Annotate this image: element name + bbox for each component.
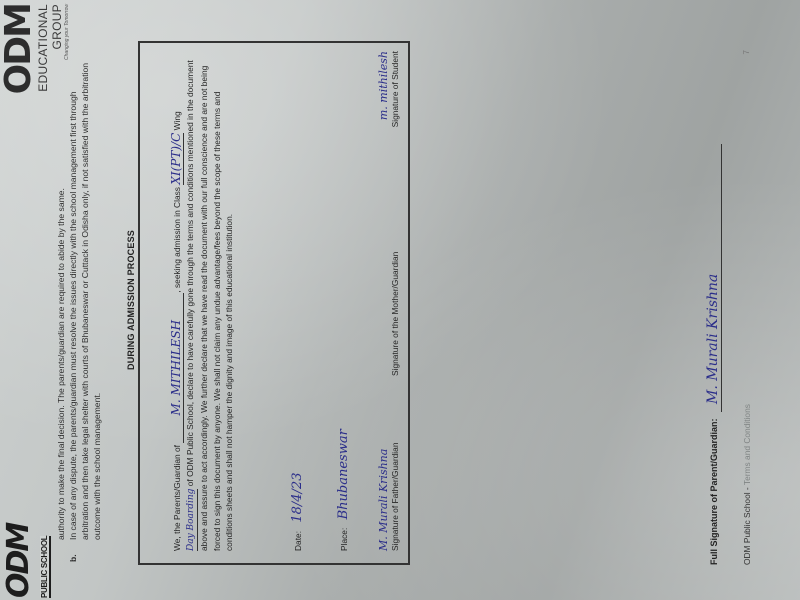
- declaration-part3: of ODM Public School, declare to have ca…: [185, 60, 235, 551]
- place-row: Place: Bhubaneswar: [336, 429, 351, 551]
- clause-continuation: authority to make the final decision. Th…: [55, 60, 67, 540]
- full-signature-field[interactable]: M. Murali Krishna: [705, 274, 721, 404]
- full-signature-label: Full Signature of Parent/Guardian:: [709, 418, 719, 565]
- clause-item-text: In case of any dispute, the parents/guar…: [67, 60, 103, 540]
- footer-school: ODM Public School -: [742, 487, 752, 565]
- date-field[interactable]: 18/4/23: [290, 473, 305, 523]
- class-field[interactable]: XI(PT)/C: [170, 133, 184, 185]
- document-page: ODM PUBLIC SCHOOL ODM EDUCATIONAL GROUP …: [0, 0, 800, 600]
- declaration-part2: , seeking admission in Class: [172, 187, 182, 293]
- odm-public-school-logo: ODM PUBLIC SCHOOL: [4, 508, 52, 598]
- terms-clause: authority to make the final decision. Th…: [55, 60, 103, 540]
- page-footer: ODM Public School - Terms and Conditions: [742, 404, 752, 565]
- section-heading: DURING ADMISSION PROCESS: [126, 0, 136, 600]
- student-signature: m. mithilesh Signature of Student: [377, 51, 400, 127]
- logo-sub: PUBLIC SCHOOL: [40, 536, 51, 598]
- father-signature-label: Signature of Father/Guardian: [390, 443, 400, 551]
- place-label: Place:: [339, 528, 349, 551]
- clause-item-label: b.: [67, 554, 79, 562]
- date-label: Date:: [293, 531, 303, 551]
- mother-signature-label: Signature of the Mother/Guardian: [390, 252, 400, 376]
- declaration-box: We, the Parents/Guardian of M. MITHILESH…: [138, 41, 410, 565]
- page-number: 7: [742, 50, 751, 54]
- signature-row: M. Murali Krishna Signature of Father/Gu…: [366, 51, 400, 551]
- mother-signature: Signature of the Mother/Guardian: [390, 252, 400, 376]
- place-field[interactable]: Bhubaneswar: [336, 429, 351, 519]
- footer-doc-title: Terms and Conditions: [742, 404, 752, 485]
- student-name-field[interactable]: M. MITHILESH: [170, 293, 184, 443]
- date-row: Date: 18/4/23: [290, 473, 305, 551]
- full-signature: Full Signature of Parent/Guardian: M. Mu…: [705, 144, 722, 565]
- declaration-text: We, the Parents/Guardian of M. MITHILESH…: [170, 55, 236, 551]
- father-signature: M. Murali Krishna Signature of Father/Gu…: [377, 443, 400, 551]
- father-signature-value[interactable]: M. Murali Krishna: [377, 443, 390, 551]
- student-signature-value[interactable]: m. mithilesh: [377, 51, 390, 127]
- wing-field[interactable]: Day Boarding: [185, 489, 199, 551]
- logo-mark: ODM: [4, 508, 34, 598]
- logo-mark: ODM: [2, 4, 36, 134]
- wing-label: Wing: [172, 111, 182, 130]
- student-signature-label: Signature of Student: [390, 51, 400, 127]
- declaration-part1: We, the Parents/Guardian of: [172, 445, 182, 551]
